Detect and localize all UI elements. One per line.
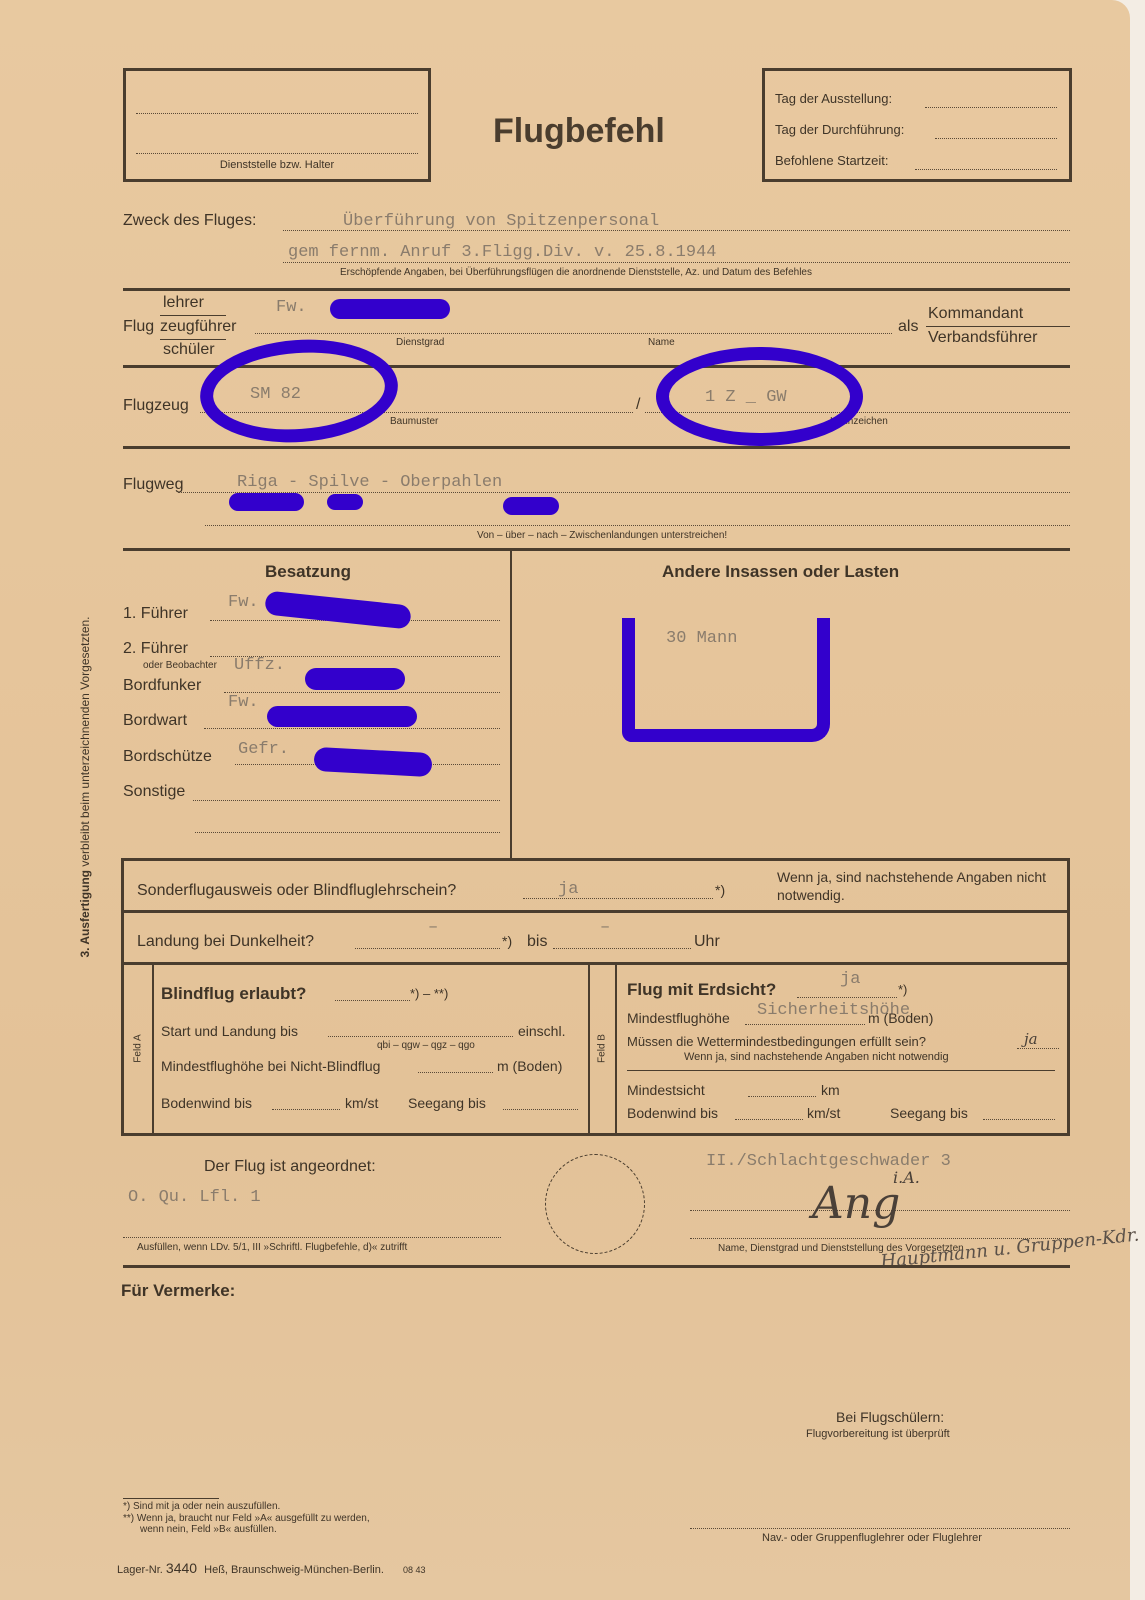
besatzung-field-7[interactable]	[195, 832, 500, 833]
bodenwind-a-unit: km/st	[345, 1095, 378, 1111]
dunkelheit-label: Landung bei Dunkelheit?	[137, 933, 314, 951]
besatzung-label-5: Bordschütze	[123, 748, 212, 766]
blindflug-field[interactable]	[335, 1000, 410, 1001]
zweck-field-2[interactable]	[283, 262, 1070, 263]
einschl-label: einschl.	[518, 1023, 565, 1039]
imprint-lager: Lager-Nr.	[117, 1564, 163, 1576]
erdsicht-value: ja	[840, 970, 860, 989]
mindest-b-unit: m (Boden)	[868, 1010, 933, 1026]
besatzung-label-3: Bordfunker	[123, 677, 201, 695]
besatzung-value-1: Fw.	[228, 593, 259, 612]
dunkelheit-value: –	[428, 918, 438, 937]
besatzung-sublabel-2: oder Beobachter	[143, 660, 217, 671]
dienststelle-box: Dienststelle bzw. Halter	[123, 68, 431, 182]
besatzung-label-2: 2. Führer	[123, 640, 188, 658]
zweck-value-1: Überführung von Spitzenpersonal	[343, 212, 659, 231]
besatzung-label-1: 1. Führer	[123, 605, 188, 623]
redaction-bracket	[622, 618, 830, 742]
erdsicht-field[interactable]	[797, 997, 897, 998]
imprint-code: 08 43	[403, 1565, 426, 1575]
flugweg-field-2[interactable]	[205, 525, 1070, 526]
sicht-field[interactable]	[748, 1096, 816, 1097]
baumuster-label: Baumuster	[390, 416, 438, 427]
angeordnet-label: Der Flug ist angeordnet:	[204, 1158, 376, 1176]
dates-box: Tag der Ausstellung: Tag der Durchführun…	[762, 68, 1072, 182]
name-label: Name	[648, 337, 675, 348]
dienstgrad-label: Dienstgrad	[396, 337, 444, 348]
redaction-circle-kennzeichen	[656, 347, 863, 446]
flugzeug-label: Flugzeug	[123, 397, 189, 415]
divider-7	[123, 1265, 1070, 1268]
flug-person-field[interactable]	[255, 333, 892, 334]
erdsicht-mark: *)	[898, 982, 907, 997]
mindest-b-field[interactable]	[745, 1024, 865, 1025]
feld-a-title: Blindflug erlaubt?	[161, 984, 306, 1004]
flug-rank-value: Fw.	[276, 298, 307, 317]
besatzung-value-5: Gefr.	[238, 740, 289, 759]
codes-label: qbi – qgw – qgz – qgo	[377, 1040, 475, 1051]
flugweg-value: Riga - Spilve - Oberpahlen	[237, 473, 502, 492]
redaction-fuehrer-1	[264, 590, 412, 629]
feld-b-tag: Feld B	[597, 1029, 608, 1069]
side-note-bold: 3. Ausfertigung	[78, 870, 92, 958]
redaction-underline-oberpahlen	[503, 497, 559, 515]
feld-b-tag-line	[615, 964, 617, 1134]
sonderflug-value: ja	[558, 880, 578, 899]
flug-opt-line-2	[160, 339, 226, 340]
sonderflug-note: Wenn ja, sind nachstehende Angaben nicht…	[777, 868, 1062, 904]
dienststelle-line-1[interactable]	[136, 113, 418, 114]
paper-sheet: Dienststelle bzw. Halter Flugbefehl Tag …	[0, 0, 1130, 1600]
role-kommandant: Kommandant	[928, 305, 1023, 323]
form-title: Flugbefehl	[493, 112, 665, 151]
imprint: Lager-Nr. 3440 Heß, Braunschweig-München…	[117, 1560, 425, 1576]
feld-a-tag: Feld A	[133, 1029, 144, 1069]
flugzeug-separator: /	[636, 396, 640, 414]
dienststelle-line-2[interactable]	[136, 153, 418, 154]
besatzung-label-4: Bordwart	[123, 712, 187, 730]
bodenwind-b-field[interactable]	[735, 1119, 803, 1120]
stamp-circle	[545, 1154, 645, 1254]
divider-1	[123, 288, 1070, 291]
besatzung-field-4[interactable]	[204, 728, 500, 729]
redaction-flug-name	[330, 299, 450, 319]
flugschueler-sign-hint: Nav.- oder Gruppenfluglehrer oder Flugle…	[762, 1532, 982, 1544]
redaction-underline-spilve	[327, 494, 363, 510]
bodenwind-b-label: Bodenwind bis	[627, 1105, 718, 1121]
tag-ausstellung-label: Tag der Ausstellung:	[775, 91, 892, 106]
als-label: als	[898, 318, 918, 336]
dunkelheit-bis-value: –	[600, 918, 610, 937]
bodenwind-b-unit: km/st	[807, 1105, 840, 1121]
flug-opt-line-1	[160, 315, 226, 316]
besatzung-label-6: Sonstige	[123, 783, 185, 801]
redaction-bordschuetze	[313, 747, 432, 777]
flug-opt-lehrer: lehrer	[163, 294, 204, 312]
insassen-title: Andere Insassen oder Lasten	[662, 562, 899, 582]
flugschueler-sign-field[interactable]	[690, 1528, 1070, 1529]
tag-ausstellung-field[interactable]	[925, 107, 1057, 108]
section-divider	[510, 550, 512, 858]
imprint-number: 3440	[166, 1560, 197, 1576]
dunkelheit-bis: bis	[527, 933, 547, 951]
signature: Ang	[812, 1178, 900, 1229]
seegang-a-field[interactable]	[503, 1109, 578, 1110]
wetter-note: Wenn ja, sind nachstehende Angaben nicht…	[684, 1051, 949, 1063]
role-divider	[926, 326, 1070, 327]
zweck-label: Zweck des Fluges:	[123, 212, 256, 230]
redaction-bordfunker	[267, 706, 417, 727]
dienststelle-label: Dienststelle bzw. Halter	[126, 159, 428, 171]
footnote-rule	[123, 1498, 219, 1499]
wetter-value: ja	[1024, 1030, 1038, 1048]
footnote-2a: **) Wenn ja, braucht nur Feld »A« ausgef…	[123, 1513, 370, 1524]
sicht-unit: km	[821, 1082, 840, 1098]
besatzung-value-3: Fw.	[228, 693, 259, 712]
besatzung-title: Besatzung	[265, 562, 351, 582]
seegang-b-field[interactable]	[983, 1119, 1055, 1120]
flug-prefix: Flug	[123, 318, 154, 336]
flugweg-label: Flugweg	[123, 476, 183, 494]
feld-b-title: Flug mit Erdsicht?	[627, 980, 776, 1000]
dunkelheit-bis-field[interactable]	[553, 948, 691, 949]
start-landung-label: Start und Landung bis	[161, 1023, 298, 1039]
flugschueler-sub: Flugvorbereitung ist überprüft	[806, 1428, 950, 1440]
tag-durchfuehrung-label: Tag der Durchführung:	[775, 122, 904, 137]
sonderflug-field[interactable]	[523, 898, 713, 899]
wetter-field[interactable]	[1017, 1048, 1059, 1049]
dunkelheit-uhr: Uhr	[694, 933, 720, 951]
redaction-circle-baumuster	[197, 333, 402, 449]
besatzung-field-6[interactable]	[193, 800, 500, 801]
angeordnet-value: O. Qu. Lfl. 1	[128, 1188, 261, 1207]
wetter-label: Müssen die Wettermindestbedingungen erfü…	[627, 1034, 926, 1049]
divider-6	[121, 962, 1070, 965]
seegang-b-label: Seegang bis	[890, 1105, 968, 1121]
divider-4	[123, 548, 1070, 551]
feld-a-title-mark: *) – **)	[410, 986, 448, 1001]
flugweg-field[interactable]	[178, 492, 1070, 493]
flugschueler-label: Bei Flugschülern:	[836, 1409, 944, 1425]
bodenwind-a-field[interactable]	[272, 1109, 340, 1110]
angeordnet-field[interactable]	[123, 1237, 501, 1238]
seegang-a-label: Seegang bis	[408, 1095, 486, 1111]
divider-3	[123, 446, 1070, 449]
dunkelheit-field[interactable]	[355, 948, 500, 949]
zweck-hint: Erschöpfende Angaben, bei Überführungsfl…	[340, 267, 812, 278]
besatzung-value-2: Uffz.	[234, 656, 285, 675]
zweck-value-2: gem fernm. Anruf 3.Fligg.Div. v. 25.8.19…	[288, 243, 716, 262]
divider-5	[121, 910, 1070, 913]
sonderflug-mark: *)	[715, 882, 725, 898]
besatzung-field-3[interactable]	[224, 692, 500, 693]
feld-divider	[588, 964, 590, 1134]
tag-durchfuehrung-field[interactable]	[935, 138, 1057, 139]
flugweg-hint: Von – über – nach – Zwischenlandungen un…	[477, 530, 727, 541]
mindest-a-label: Mindestflughöhe bei Nicht-Blindflug	[161, 1058, 380, 1074]
mindest-a-field[interactable]	[418, 1072, 493, 1073]
sicht-label: Mindestsicht	[627, 1082, 705, 1098]
side-note-rest: verbleibt beim unterzeichnenden Vorgeset…	[78, 616, 92, 866]
mindest-b-label: Mindestflughöhe	[627, 1010, 730, 1026]
angeordnet-hint: Ausfüllen, wenn LDv. 5/1, III »Schriftl.…	[137, 1242, 407, 1253]
redaction-fuehrer-2	[305, 668, 405, 690]
side-note: 3. Ausfertigung verbleibt beim unterzeic…	[78, 502, 92, 1072]
imprint-publisher: Heß, Braunschweig-München-Berlin.	[204, 1564, 384, 1576]
startzeit-label: Befohlene Startzeit:	[775, 153, 888, 168]
startzeit-field[interactable]	[915, 169, 1057, 170]
flug-opt-zeugfuehrer: zeugführer	[160, 318, 237, 336]
feld-b-divider	[627, 1070, 1055, 1071]
vermerke-label: Für Vermerke:	[121, 1281, 235, 1301]
redaction-underline-riga	[229, 493, 304, 511]
role-verbandsfuehrer: Verbandsführer	[928, 329, 1037, 347]
flug-opt-schueler: schüler	[163, 341, 215, 359]
signature-note: i.A.	[893, 1168, 920, 1187]
footnote-2b: wenn nein, Feld »B« ausfüllen.	[140, 1524, 277, 1535]
start-landung-field[interactable]	[328, 1036, 513, 1037]
feld-a-tag-line	[152, 964, 154, 1134]
sonderflug-label: Sonderflugausweis oder Blindfluglehrsche…	[137, 882, 456, 900]
mindest-a-unit: m (Boden)	[497, 1058, 562, 1074]
dunkelheit-mark: *)	[502, 933, 512, 949]
footnote-1: *) Sind mit ja oder nein auszufüllen.	[123, 1501, 280, 1512]
bodenwind-a-label: Bodenwind bis	[161, 1095, 252, 1111]
